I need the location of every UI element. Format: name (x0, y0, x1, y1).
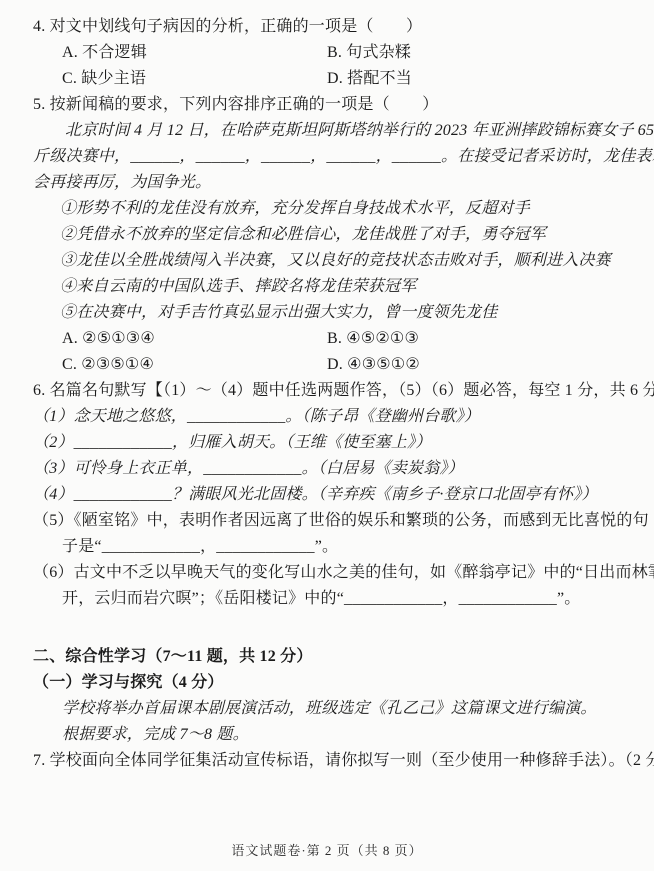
question-4-options-row-cd: C. 缺少主语 D. 搭配不当 (33, 66, 628, 92)
section-2-intro-line-2: 根据要求，完成 7～8 题。 (33, 722, 628, 748)
question-6-item-5-line-1: （5）《陋室铭》中，表明作者因远离了世俗的娱乐和繁琐的公务，而感到无比喜悦的句 (33, 508, 628, 534)
question-7-stem: 7. 学校面向全体同学征集活动宣传标语，请你拟写一则（至少使用一种修辞手法）。（… (33, 748, 628, 774)
section-2-header: 二、综合性学习（7～11 题，共 12 分） (33, 644, 628, 670)
question-5-options-row-cd: C. ②③⑤①④ D. ④③⑤①② (33, 352, 628, 378)
question-4-option-c: C. 缺少主语 (62, 66, 327, 92)
question-5-passage-line-3: 会再接再厉，为国争光。 (33, 170, 628, 196)
question-6-stem: 6. 名篇名句默写【（1）～（4）题中任选两题作答，（5）（6）题必答，每空 1… (33, 378, 628, 404)
question-5-passage-line-2: 斤级决赛中，______，______，______，______，______… (33, 144, 628, 170)
question-5-sentence-3: ③龙佳以全胜战绩闯入半决赛，又以良好的竞技状态击败对手，顺利进入决赛 (33, 248, 628, 274)
question-5-option-d: D. ④③⑤①② (327, 352, 420, 378)
exam-content: 4. 对文中划线句子病因的分析，正确的一项是（ ） A. 不合逻辑 B. 句式杂… (0, 0, 654, 774)
question-5-sentence-2: ②凭借永不放弃的坚定信念和必胜信心，龙佳战胜了对手，勇夺冠军 (33, 222, 628, 248)
exam-paper-page: 4. 对文中划线句子病因的分析，正确的一项是（ ） A. 不合逻辑 B. 句式杂… (0, 0, 654, 871)
page-footer: 语文试题卷·第 2 页（共 8 页） (0, 840, 654, 859)
question-5-option-b: B. ④⑤②①③ (327, 326, 419, 352)
question-4-option-b: B. 句式杂糅 (327, 40, 411, 66)
question-5-sentence-5: ⑤在决赛中，对手吉竹真弘显示出强大实力，曾一度领先龙佳 (33, 300, 628, 326)
question-5-stem: 5. 按新闻稿的要求，下列内容排序正确的一项是（ ） (33, 92, 628, 118)
question-5-option-c: C. ②③⑤①④ (62, 352, 327, 378)
question-4-option-d: D. 搭配不当 (327, 66, 412, 92)
question-6-item-5-line-2: 子是“____________，____________”。 (33, 534, 628, 560)
question-4-options-row-ab: A. 不合逻辑 B. 句式杂糅 (33, 40, 628, 66)
question-5-options-row-ab: A. ②⑤①③④ B. ④⑤②①③ (33, 326, 628, 352)
question-5-passage-line-1: 北京时间 4 月 12 日，在哈萨克斯坦阿斯塔纳举行的 2023 年亚洲摔跤锦标… (33, 118, 628, 144)
section-2-subheader: （一）学习与探究（4 分） (33, 670, 628, 696)
question-6-item-3: （3）可怜身上衣正单，____________。（白居易《卖炭翁》） (33, 456, 628, 482)
question-5-sentence-1: ①形势不利的龙佳没有放弃，充分发挥自身技战术水平，反超对手 (33, 196, 628, 222)
question-6-item-6-line-1: （6）古文中不乏以早晚天气的变化写山水之美的佳句，如《醉翁亭记》中的“日出而林霏 (33, 560, 628, 586)
question-4-option-a: A. 不合逻辑 (62, 40, 327, 66)
question-6-item-4: （4）____________？满眼风光北固楼。（辛弃疾《南乡子·登京口北固亭有… (33, 482, 628, 508)
section-2-intro-line-1: 学校将举办首届课本剧展演活动，班级选定《孔乙己》这篇课文进行编演。 (33, 696, 628, 722)
question-5-option-a: A. ②⑤①③④ (62, 326, 327, 352)
question-4-stem: 4. 对文中划线句子病因的分析，正确的一项是（ ） (33, 14, 628, 40)
question-6-item-1: （1）念天地之悠悠，____________。（陈子昂《登幽州台歌》） (33, 404, 628, 430)
question-6-item-2: （2）____________，归雁入胡天。（王维《使至塞上》） (33, 430, 628, 456)
question-5-sentence-4: ④来自云南的中国队选手、摔跤名将龙佳荣获冠军 (33, 274, 628, 300)
question-6-item-6-line-2: 开，云归而岩穴暝”；《岳阳楼记》中的“____________，________… (33, 586, 628, 612)
